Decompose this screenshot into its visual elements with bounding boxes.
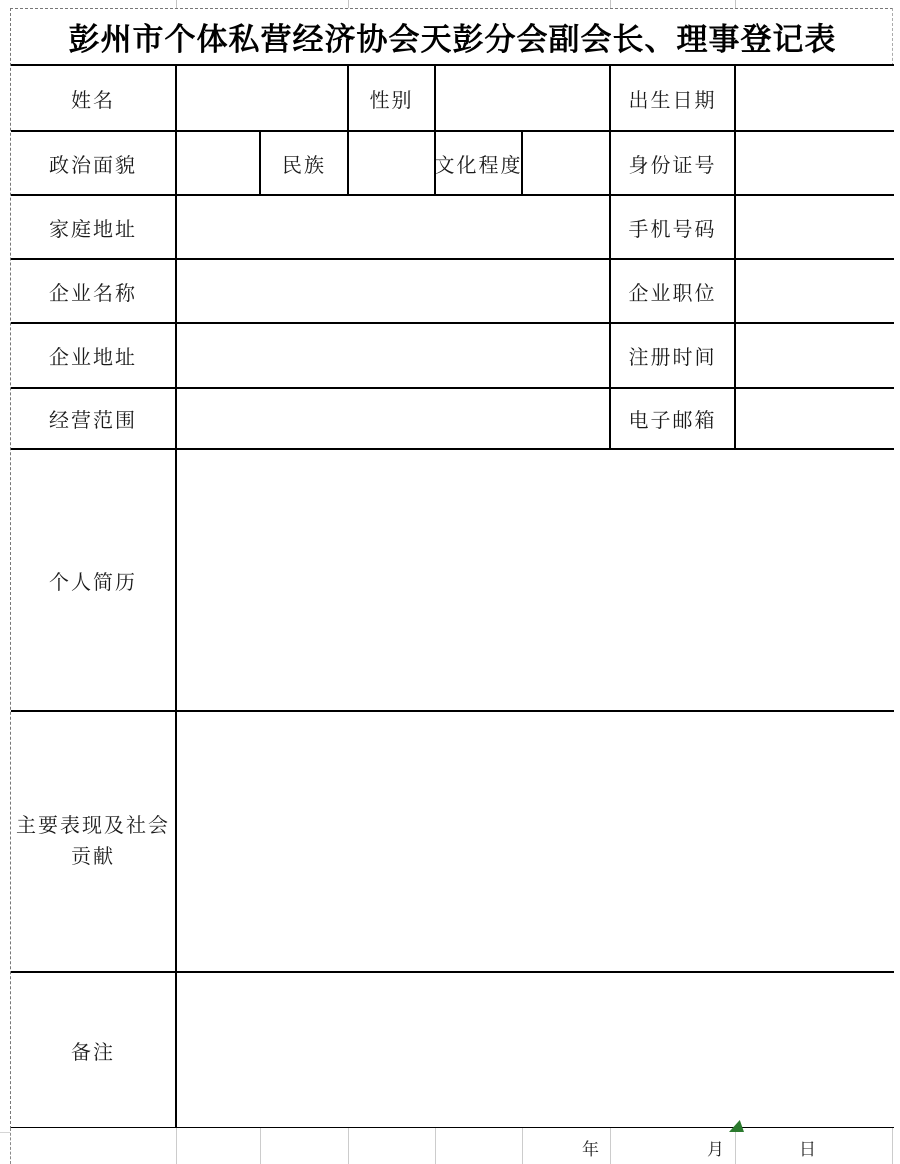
label-main-performance: 主要表现及社会贡献 — [11, 712, 177, 973]
label-company-position: 企业职位 — [611, 260, 736, 324]
value-business-scope[interactable] — [177, 389, 611, 450]
value-registration-time[interactable] — [736, 324, 894, 389]
grid-line — [348, 1128, 349, 1164]
value-ethnicity[interactable] — [349, 132, 436, 196]
grid-tick — [610, 0, 611, 8]
label-personal-resume: 个人简历 — [11, 450, 177, 712]
label-political-status: 政治面貌 — [11, 132, 177, 196]
value-mobile-number[interactable] — [736, 196, 894, 260]
value-personal-resume[interactable] — [177, 450, 894, 712]
grid-line — [0, 1132, 10, 1133]
label-gender: 性别 — [349, 66, 436, 132]
grid-line — [435, 1128, 436, 1164]
label-birth-date: 出生日期 — [611, 66, 736, 132]
value-company-address[interactable] — [177, 324, 611, 389]
label-education: 文化程度 — [436, 132, 523, 196]
label-business-scope: 经营范围 — [11, 389, 177, 450]
value-id-number[interactable] — [736, 132, 894, 196]
label-company-address: 企业地址 — [11, 324, 177, 389]
label-remarks: 备注 — [11, 973, 177, 1129]
label-name: 姓名 — [11, 66, 177, 132]
form-title: 彭州市个体私营经济协会天彭分会副会长、理事登记表 — [11, 9, 894, 66]
value-remarks[interactable] — [177, 973, 894, 1129]
grid-line — [892, 1128, 893, 1164]
value-home-address[interactable] — [177, 196, 611, 260]
month-label: 月 — [707, 1135, 724, 1160]
value-political-status[interactable] — [177, 132, 261, 196]
label-company-name: 企业名称 — [11, 260, 177, 324]
label-mobile-number: 手机号码 — [611, 196, 736, 260]
label-ethnicity: 民族 — [261, 132, 349, 196]
label-email: 电子邮箱 — [611, 389, 736, 450]
value-education[interactable] — [523, 132, 611, 196]
label-registration-time: 注册时间 — [611, 324, 736, 389]
registration-form-table: 彭州市个体私营经济协会天彭分会副会长、理事登记表 姓名 性别 出生日期 政治面貌… — [10, 8, 893, 1129]
value-name[interactable] — [177, 66, 349, 132]
date-signature-row: 年 月 日 — [0, 1128, 900, 1164]
grid-line — [610, 1128, 611, 1164]
grid-tick — [176, 0, 177, 8]
value-main-performance[interactable] — [177, 712, 894, 973]
value-company-name[interactable] — [177, 260, 611, 324]
grid-line — [10, 1128, 11, 1164]
label-home-address: 家庭地址 — [11, 196, 177, 260]
grid-line — [522, 1128, 523, 1164]
label-id-number: 身份证号 — [611, 132, 736, 196]
grid-tick — [348, 0, 349, 8]
value-gender[interactable] — [436, 66, 611, 132]
grid-line — [260, 1128, 261, 1164]
grid-line — [735, 1128, 736, 1164]
grid-tick — [735, 0, 736, 8]
value-birth-date[interactable] — [736, 66, 894, 132]
value-email[interactable] — [736, 389, 894, 450]
year-label: 年 — [582, 1135, 599, 1160]
day-label: 日 — [799, 1135, 816, 1160]
form-page: 彭州市个体私营经济协会天彭分会副会长、理事登记表 姓名 性别 出生日期 政治面貌… — [0, 0, 900, 1164]
value-company-position[interactable] — [736, 260, 894, 324]
grid-line — [176, 1128, 177, 1164]
